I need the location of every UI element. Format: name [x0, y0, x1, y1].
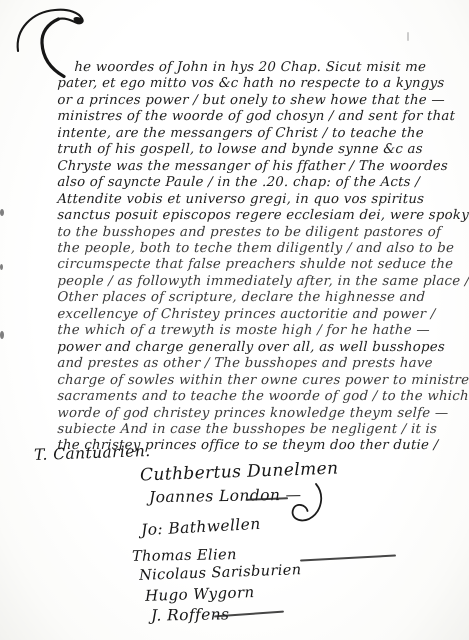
manuscript-page: he woordes of John in hys 20 Chap. Sicut…	[0, 0, 469, 640]
manuscript-line: circumspecte that false preachers shulde…	[57, 257, 460, 273]
flourish-line	[300, 554, 396, 561]
manuscript-line: power and charge generally over all, as …	[57, 340, 460, 356]
manuscript-line: the people, both to teche them diligentl…	[57, 241, 460, 257]
scan-speck	[0, 331, 4, 339]
manuscript-text-block: he woordes of John in hys 20 Chap. Sicut…	[57, 60, 459, 455]
manuscript-line: excellencye of Christey princes auctorit…	[57, 307, 460, 323]
manuscript-line: sanctus posuit episcopos regere ecclesia…	[57, 208, 460, 224]
attestation-t-cantuarien: T. Cantuarien.	[34, 442, 151, 464]
manuscript-line: Chryste was the messanger of his ffather…	[57, 159, 460, 175]
paraph-flourish-icon	[286, 482, 328, 524]
manuscript-line: pater, et ego mitto vos &c hath no respe…	[57, 76, 460, 92]
manuscript-line: worde of god christey princes knowledge …	[57, 406, 460, 422]
signature-nicolaus-sarisburien: Nicolaus Sarisburien	[139, 562, 302, 584]
manuscript-line: or a princes power / but onely to shew h…	[57, 93, 460, 109]
manuscript-line: ministres of the woorde of god chosyn / …	[57, 109, 460, 125]
manuscript-line: and prestes as other / The busshopes and…	[57, 356, 460, 372]
scan-speck	[407, 32, 409, 41]
manuscript-line: charge of sowles within ther owne cures …	[57, 373, 460, 389]
manuscript-line: Other places of scripture, declare the h…	[57, 290, 460, 306]
scan-speck	[0, 264, 3, 270]
manuscript-line: sacraments and to teache the woorde of g…	[57, 389, 460, 405]
manuscript-line: also of sayncte Paule / in the .20. chap…	[57, 175, 460, 191]
signature-thomas-elien: Thomas Elien	[132, 547, 237, 565]
manuscript-line: Attendite vobis et universo gregi, in qu…	[57, 192, 460, 208]
manuscript-line: subiecte And in case the busshopes be ne…	[57, 422, 460, 438]
signature-joannes-london: Joannes London —	[149, 486, 302, 507]
manuscript-line: to the busshopes and prestes to be dilig…	[57, 225, 460, 241]
manuscript-line: intente, are the messangers of Christ / …	[57, 126, 460, 142]
manuscript-line: he woordes of John in hys 20 Chap. Sicut…	[57, 60, 460, 76]
manuscript-line: people / as followyth immediately after,…	[57, 274, 460, 290]
scan-speck	[0, 209, 4, 216]
signature-hugo-wygorn: Hugo Wygorn	[145, 583, 255, 605]
manuscript-line: the which of a trewyth is moste high / f…	[57, 323, 460, 339]
manuscript-line: truth of his gospell, to lowse and bynde…	[57, 142, 460, 158]
signature-jo-bathwellen: Jo: Bathwellen	[141, 515, 261, 539]
